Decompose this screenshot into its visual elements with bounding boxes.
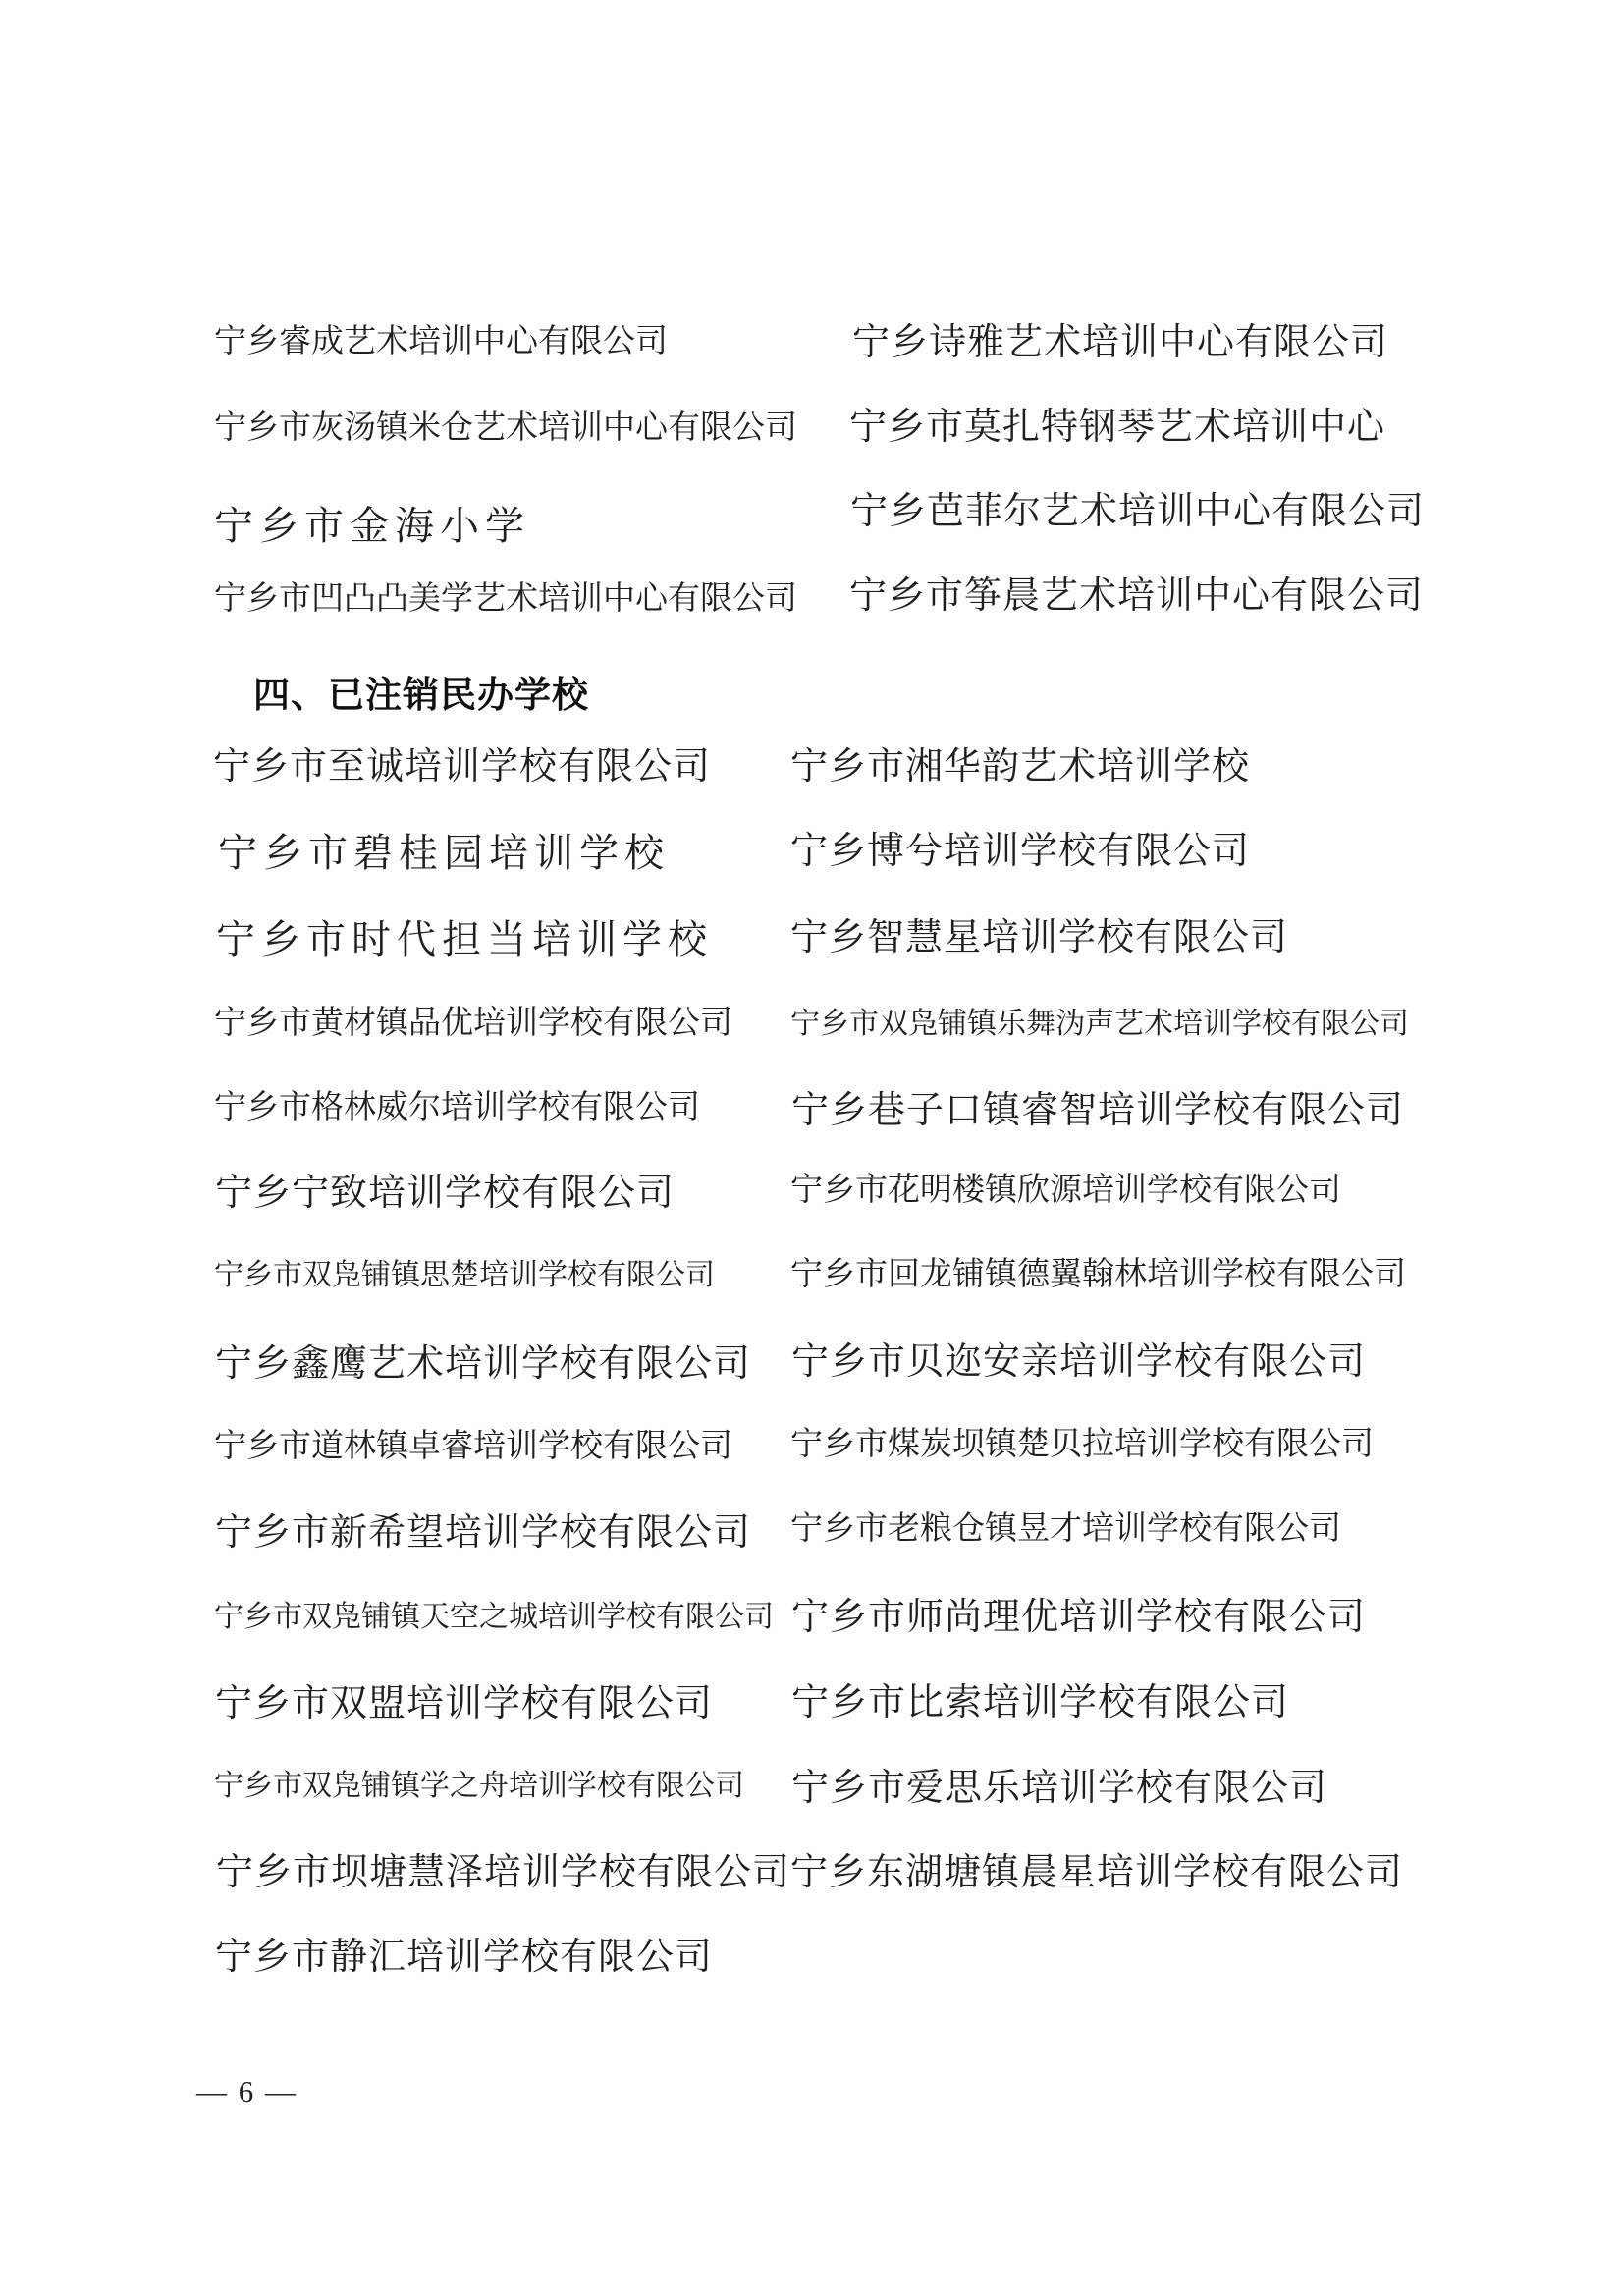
school-name: 宁乡市双凫铺镇学之舟培训学校有限公司	[214, 1770, 744, 1804]
school-name: 宁乡鑫鹰艺术培训学校有限公司	[215, 1343, 751, 1387]
school-name: 宁乡芭菲尔艺术培训中心有限公司	[850, 491, 1425, 534]
school-name: 宁乡市坝塘慧泽培训学校有限公司	[216, 1852, 790, 1895]
school-name: 宁乡市回龙铺镇德翼翰林培训学校有限公司	[790, 1257, 1406, 1294]
school-name: 宁乡市双盟培训学校有限公司	[215, 1683, 713, 1726]
school-name: 宁乡市黄材镇品优培训学校有限公司	[214, 1006, 732, 1043]
school-name: 宁乡市灰汤镇米仓艺术培训中心有限公司	[214, 410, 797, 448]
school-name: 宁乡市双凫铺镇乐舞沩声艺术培训学校有限公司	[790, 1008, 1409, 1042]
school-name: 宁乡市双凫铺镇天空之城培训学校有限公司	[214, 1601, 774, 1635]
school-name: 宁乡市金海小学	[214, 504, 530, 549]
school-name: 宁乡市煤炭坝镇楚贝拉培训学校有限公司	[790, 1427, 1374, 1464]
school-name: 宁乡市贝迩安亲培训学校有限公司	[791, 1341, 1366, 1385]
school-name: 宁乡市新希望培训学校有限公司	[215, 1512, 751, 1556]
school-name: 宁乡诗雅艺术培训中心有限公司	[852, 322, 1388, 365]
school-name: 宁乡东湖塘镇晨星培训学校有限公司	[790, 1852, 1403, 1895]
page-number: — 6 —	[196, 2074, 298, 2109]
school-name: 宁乡市凹凸凸美学艺术培训中心有限公司	[214, 581, 797, 619]
school-name: 宁乡市道林镇卓睿培训学校有限公司	[214, 1429, 732, 1466]
school-name: 宁乡市筝晨艺术培训中心有限公司	[849, 575, 1424, 619]
section-heading: 四、已注销民办学校	[253, 676, 589, 718]
school-name: 宁乡巷子口镇睿智培训学校有限公司	[791, 1090, 1404, 1133]
school-name: 宁乡市碧桂园培训学校	[218, 831, 670, 876]
school-name: 宁乡市爱思乐培训学校有限公司	[791, 1768, 1327, 1811]
school-name: 宁乡市比索培训学校有限公司	[791, 1682, 1289, 1725]
school-name: 宁乡市至诚培训学校有限公司	[213, 746, 711, 790]
school-name: 宁乡市师尚理优培训学校有限公司	[791, 1597, 1366, 1640]
school-name: 宁乡市莫扎特钢琴艺术培训中心	[849, 407, 1385, 450]
document-page: 宁乡睿成艺术培训中心有限公司 宁乡诗雅艺术培训中心有限公司 宁乡市灰汤镇米仓艺术…	[0, 0, 1623, 2296]
school-name: 宁乡博兮培训学校有限公司	[790, 831, 1250, 874]
school-name: 宁乡智慧星培训学校有限公司	[790, 917, 1288, 960]
school-name: 宁乡市湘华韵艺术培训学校	[790, 746, 1250, 790]
school-name: 宁乡市花明楼镇欣源培训学校有限公司	[790, 1173, 1341, 1210]
school-name: 宁乡市老粮仓镇昱才培训学校有限公司	[790, 1511, 1341, 1549]
school-name: 宁乡市静汇培训学校有限公司	[215, 1937, 713, 1980]
school-name: 宁乡市双凫铺镇思楚培训学校有限公司	[214, 1259, 715, 1293]
school-name: 宁乡睿成艺术培训中心有限公司	[214, 324, 668, 361]
school-name: 宁乡市时代担当培训学校	[216, 917, 713, 962]
school-name: 宁乡市格林威尔培训学校有限公司	[214, 1090, 700, 1127]
school-name: 宁乡宁致培训学校有限公司	[215, 1173, 675, 1216]
